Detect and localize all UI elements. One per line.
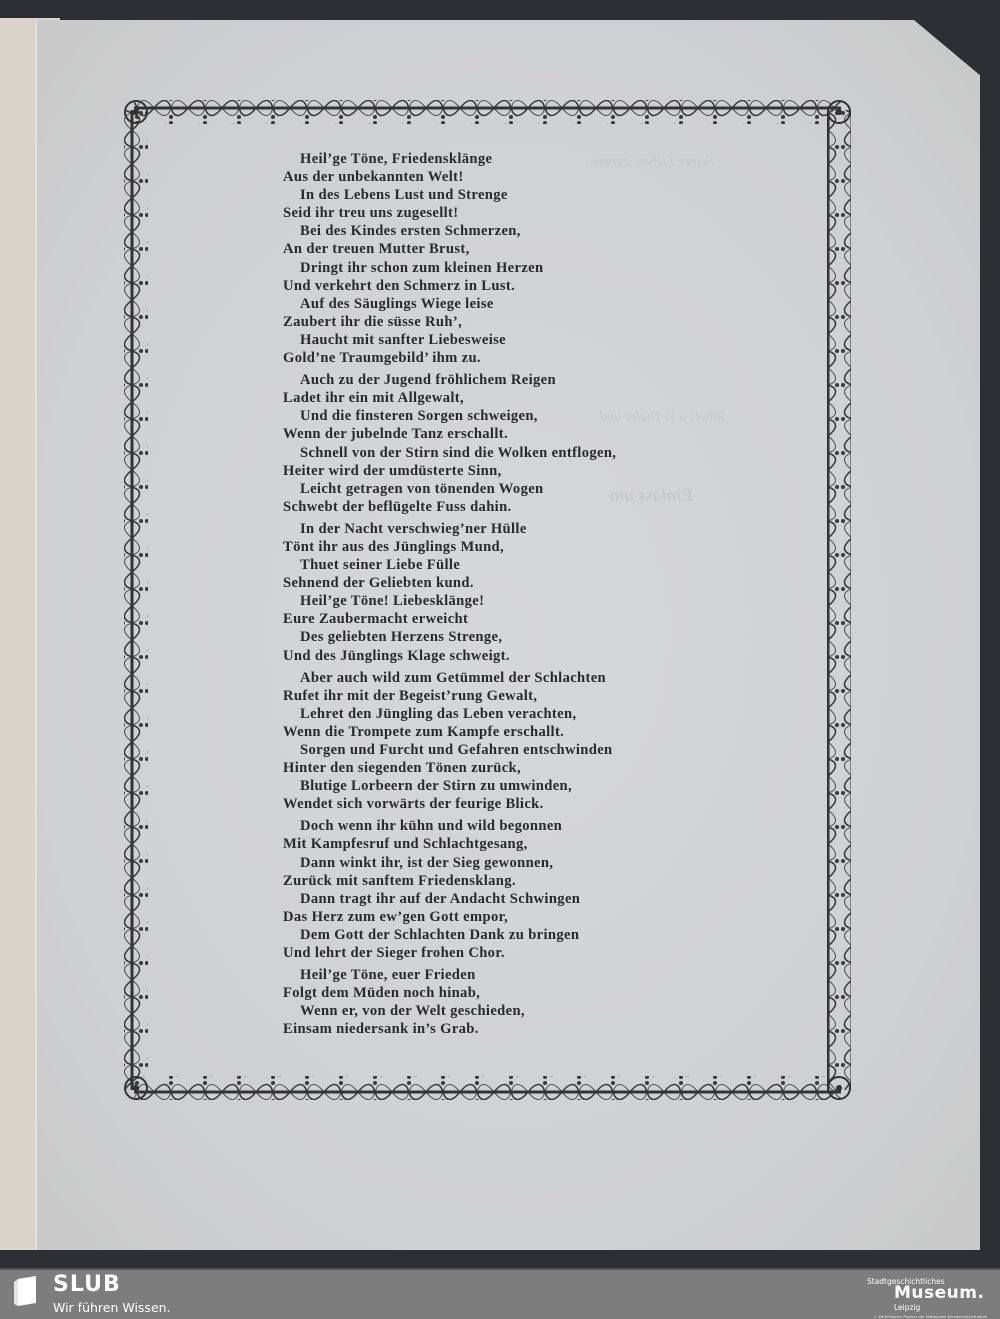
poem-line: Das Herz zum ew’gen Gott empor, xyxy=(283,908,783,926)
poem-stanza: Auch zu der Jugend fröhlichem ReigenLade… xyxy=(283,371,783,516)
poem-line: In der Nacht verschwieg’ner Hülle xyxy=(283,520,783,538)
poem-line: Tönt ihr aus des Jünglings Mund, xyxy=(283,538,783,556)
poem-line: Sorgen und Furcht und Gefahren entschwin… xyxy=(283,741,783,759)
poem-stanza: Doch wenn ihr kühn und wild begonnenMit … xyxy=(283,817,783,962)
poem-line: Rufet ihr mit der Begeist’rung Gewalt, xyxy=(283,687,783,705)
poem-line: Des geliebten Herzens Strenge, xyxy=(283,628,783,646)
slub-logo-name: SLUB xyxy=(53,1272,121,1297)
poem-stanza: In der Nacht verschwieg’ner HülleTönt ih… xyxy=(283,520,783,665)
poem-line: Und lehrt der Sieger frohen Chor. xyxy=(283,944,783,962)
poem-line: Gold’ne Traumgebild’ ihm zu. xyxy=(283,349,783,367)
poem-line: Schwebt der beflügelte Fuss dahin. xyxy=(283,498,783,516)
poem-line: Eure Zaubermacht erweicht xyxy=(283,610,783,628)
poem-line: Schnell von der Stirn sind die Wolken en… xyxy=(283,444,783,462)
poem-line: Thuet seiner Liebe Fülle xyxy=(283,556,783,574)
poem-line: Haucht mit sanfter Liebesweise xyxy=(283,331,783,349)
poem-line: Wendet sich vorwärts der feurige Blick. xyxy=(283,795,783,813)
poem-line: Sehnend der Geliebten kund. xyxy=(283,574,783,592)
poem-line: Heil’ge Töne, Friedensklänge xyxy=(283,150,783,168)
poem-line: Heiter wird der umdüsterte Sinn, xyxy=(283,462,783,480)
poem-line: Lehret den Jüngling das Leben verachten, xyxy=(283,705,783,723)
poem-stanza: Aber auch wild zum Getümmel der Schlacht… xyxy=(283,669,783,814)
slub-tagline: Wir führen Wissen. xyxy=(53,1300,171,1315)
poem-line: Aus der unbekannten Welt! xyxy=(283,168,783,186)
poem-line: Doch wenn ihr kühn und wild begonnen xyxy=(283,817,783,835)
poem-line: Einsam niedersank in’s Grab. xyxy=(283,1020,783,1038)
poem-line: Wenn er, von der Welt geschieden, xyxy=(283,1002,783,1020)
poem-line: Zaubert ihr die süsse Ruh’, xyxy=(283,313,783,331)
museum-logo-name: Museum. xyxy=(894,1283,984,1303)
poem-line: Mit Kampfesruf und Schlachtgesang, xyxy=(283,835,783,853)
poem-line: Seid ihr treu uns zugesellt! xyxy=(283,204,783,222)
poem-line: Dann tragt ihr auf der Andacht Schwingen xyxy=(283,890,783,908)
poem-line: Hinter den siegenden Tönen zurück, xyxy=(283,759,783,777)
poem-line: Zurück mit sanftem Friedensklang. xyxy=(283,872,783,890)
poem-line: Bei des Kindes ersten Schmerzen, xyxy=(283,222,783,240)
poem-line: Dem Gott der Schlachten Dank zu bringen xyxy=(283,926,783,944)
page-fold xyxy=(35,20,37,1250)
poem-line: Dringt ihr schon zum kleinen Herzen xyxy=(283,259,783,277)
poem-line: Wenn der jubelnde Tanz erschallt. xyxy=(283,425,783,443)
poem-line: Ladet ihr ein mit Allgewalt, xyxy=(283,389,783,407)
poem-line: Folgt dem Müden noch hinab, xyxy=(283,984,783,1002)
museum-certification: ✓ Zertifizierter Partner der Nationalen … xyxy=(874,1314,987,1319)
footer-bar: SLUB Wir führen Wissen. Stadtgeschichtli… xyxy=(0,1268,1000,1319)
poem-line: An der treuen Mutter Brust, xyxy=(283,240,783,258)
poem-line: Aber auch wild zum Getümmel der Schlacht… xyxy=(283,669,783,687)
poem-line: Und die finsteren Sorgen schweigen, xyxy=(283,407,783,425)
poem: Heil’ge Töne, FriedensklängeAus der unbe… xyxy=(283,150,783,1043)
poem-line: Auf des Säuglings Wiege leise xyxy=(283,295,783,313)
poem-stanza: Heil’ge Töne, FriedensklängeAus der unbe… xyxy=(283,150,783,367)
poem-stanza: Heil’ge Töne, euer FriedenFolgt dem Müde… xyxy=(283,966,783,1038)
poem-line: Dann winkt ihr, ist der Sieg gewonnen, xyxy=(283,854,783,872)
poem-line: Wenn die Trompete zum Kampfe erschallt. xyxy=(283,723,783,741)
book-icon xyxy=(14,1276,40,1306)
poem-line: In des Lebens Lust und Strenge xyxy=(283,186,783,204)
poem-line: Leicht getragen von tönenden Wogen xyxy=(283,480,783,498)
museum-logo-city: Leipzig xyxy=(894,1303,920,1312)
poem-line: Heil’ge Töne, euer Frieden xyxy=(283,966,783,984)
poem-line: Und verkehrt den Schmerz in Lust. xyxy=(283,277,783,295)
poem-line: Auch zu der Jugend fröhlichem Reigen xyxy=(283,371,783,389)
poem-line: Und des Jünglings Klage schweigt. xyxy=(283,647,783,665)
poem-line: Heil’ge Töne! Liebesklänge! xyxy=(283,592,783,610)
poem-line: Blutige Lorbeern der Stirn zu umwinden, xyxy=(283,777,783,795)
